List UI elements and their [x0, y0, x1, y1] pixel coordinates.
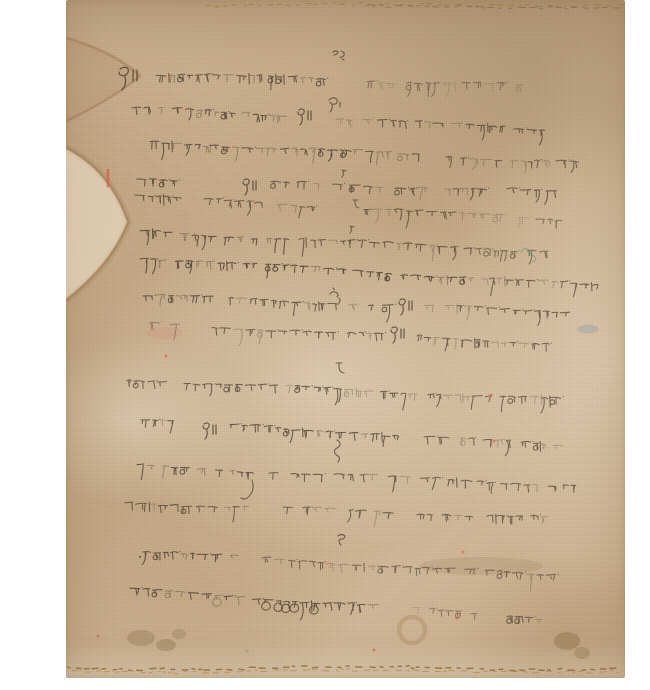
handwriting-line [140, 258, 466, 284]
handwriting-line-faded [313, 507, 336, 512]
blue-speck [245, 649, 248, 652]
handwriting-line [395, 187, 417, 195]
dark-blotch [172, 629, 186, 639]
handwriting-line [137, 464, 254, 480]
center-num-mark [333, 51, 344, 60]
center-m4-mark [330, 288, 340, 303]
center-tick-mark [342, 170, 346, 177]
handwriting-line [196, 506, 239, 522]
handwriting-line-faded [413, 607, 420, 613]
handwriting-line-faded [376, 187, 384, 192]
handwriting-line [299, 237, 474, 259]
handwriting-line-faded [344, 388, 417, 401]
handwriting-line [333, 183, 372, 193]
handwriting-line-faded [147, 465, 235, 478]
handwriting-line-faded [541, 516, 549, 524]
ink-overlay [66, 0, 625, 678]
handwriting-line [140, 229, 289, 255]
handwriting-line [475, 248, 548, 264]
handwriting-line [184, 384, 312, 396]
red-pigment-speck [462, 551, 465, 554]
handwriting-line [125, 502, 192, 513]
handwriting-line-faded [424, 304, 474, 320]
handwriting-line-faded [518, 217, 532, 228]
handwriting-line [429, 608, 476, 619]
handwriting-line [417, 514, 473, 521]
yig-mgo-head-mark [243, 179, 256, 195]
interlinear-insert-mark [353, 200, 359, 208]
handwriting-line [424, 436, 541, 456]
ink-dot [139, 556, 141, 558]
hem-stitch-line [206, 3, 624, 7]
handwriting-line [314, 386, 406, 410]
red-pigment-speck [490, 394, 493, 397]
handwriting-line [204, 198, 262, 215]
handwriting-line [137, 179, 179, 187]
handwriting-line [507, 188, 556, 204]
center-swirl-mark [329, 98, 340, 112]
handwriting-line [212, 328, 386, 341]
handwriting-line [507, 616, 535, 624]
water-stain [66, 36, 142, 124]
pink-smear [147, 327, 183, 339]
center-tick-mark [350, 226, 354, 233]
dark-blotch [554, 632, 580, 650]
ring-stain [399, 617, 425, 643]
descender-flourish [241, 480, 253, 499]
handwriting-line-faded [460, 438, 563, 449]
handwriting-line-faded [158, 260, 473, 285]
handwriting-line [229, 298, 396, 322]
handwriting-line [477, 481, 576, 494]
manuscript-photo [66, 0, 625, 678]
handwriting-line [283, 507, 312, 515]
handwriting-line-faded [374, 510, 382, 527]
handwriting-line-faded [172, 143, 408, 164]
handwriting-line-faded [536, 619, 543, 622]
page [0, 0, 650, 690]
handwriting-line-faded [533, 485, 538, 492]
handwriting-line-faded [234, 329, 372, 346]
handwriting-line [487, 514, 540, 524]
handwriting-line-faded [161, 420, 166, 426]
center-m7-mark [338, 535, 345, 546]
dark-blotch [574, 647, 590, 659]
handwriting-line-faded [444, 394, 542, 405]
hem-stitch-line [72, 669, 619, 674]
handwriting-line-faded [368, 474, 410, 483]
hem-stitch-line [366, 5, 620, 9]
handwriting-line-faded [317, 431, 368, 438]
center-flour-mark [334, 440, 340, 462]
handwriting-line [135, 195, 181, 206]
handwriting-line-faded [445, 188, 468, 196]
handwriting-line [536, 219, 562, 228]
dark-blotch [156, 639, 176, 651]
yig-mgo-head-mark [391, 327, 404, 343]
handwriting-line [141, 419, 174, 433]
handwriting-line [291, 474, 472, 492]
hem-stitch-line [68, 666, 616, 671]
handwriting-line-faded [150, 504, 156, 510]
handwriting-line-faded [454, 515, 462, 519]
red-pigment-speck [493, 440, 496, 443]
handwriting-line-faded [417, 187, 427, 200]
red-pigment-speck [165, 355, 168, 358]
handwriting-line [130, 587, 365, 620]
handwriting-line [347, 510, 393, 522]
red-pigment-speck [97, 635, 100, 638]
handwriting-line [271, 181, 309, 189]
yig-mgo-head-mark [203, 423, 216, 439]
handwriting-line [457, 305, 569, 325]
handwriting-line [230, 424, 399, 447]
center-rnum-mark [336, 363, 344, 373]
red-pigment-speck [373, 649, 376, 652]
handwriting-line-faded [372, 209, 506, 223]
handwriting-line [269, 473, 278, 480]
yig-mgo-head-mark [298, 109, 311, 125]
handwriting-line-faded [287, 385, 293, 393]
handwriting-line-faded [314, 183, 319, 189]
handwriting-line-faded [277, 204, 297, 213]
dark-blotch [127, 630, 155, 646]
handwriting-line [299, 206, 317, 218]
handwriting-line [453, 188, 488, 200]
teal-smear [577, 325, 599, 334]
red-pigment-speck [456, 617, 459, 620]
handwriting-line [127, 380, 167, 389]
handwriting-line-faded [181, 554, 239, 560]
yig-mgo-head-mark [399, 299, 412, 315]
handwriting-line [156, 74, 328, 90]
